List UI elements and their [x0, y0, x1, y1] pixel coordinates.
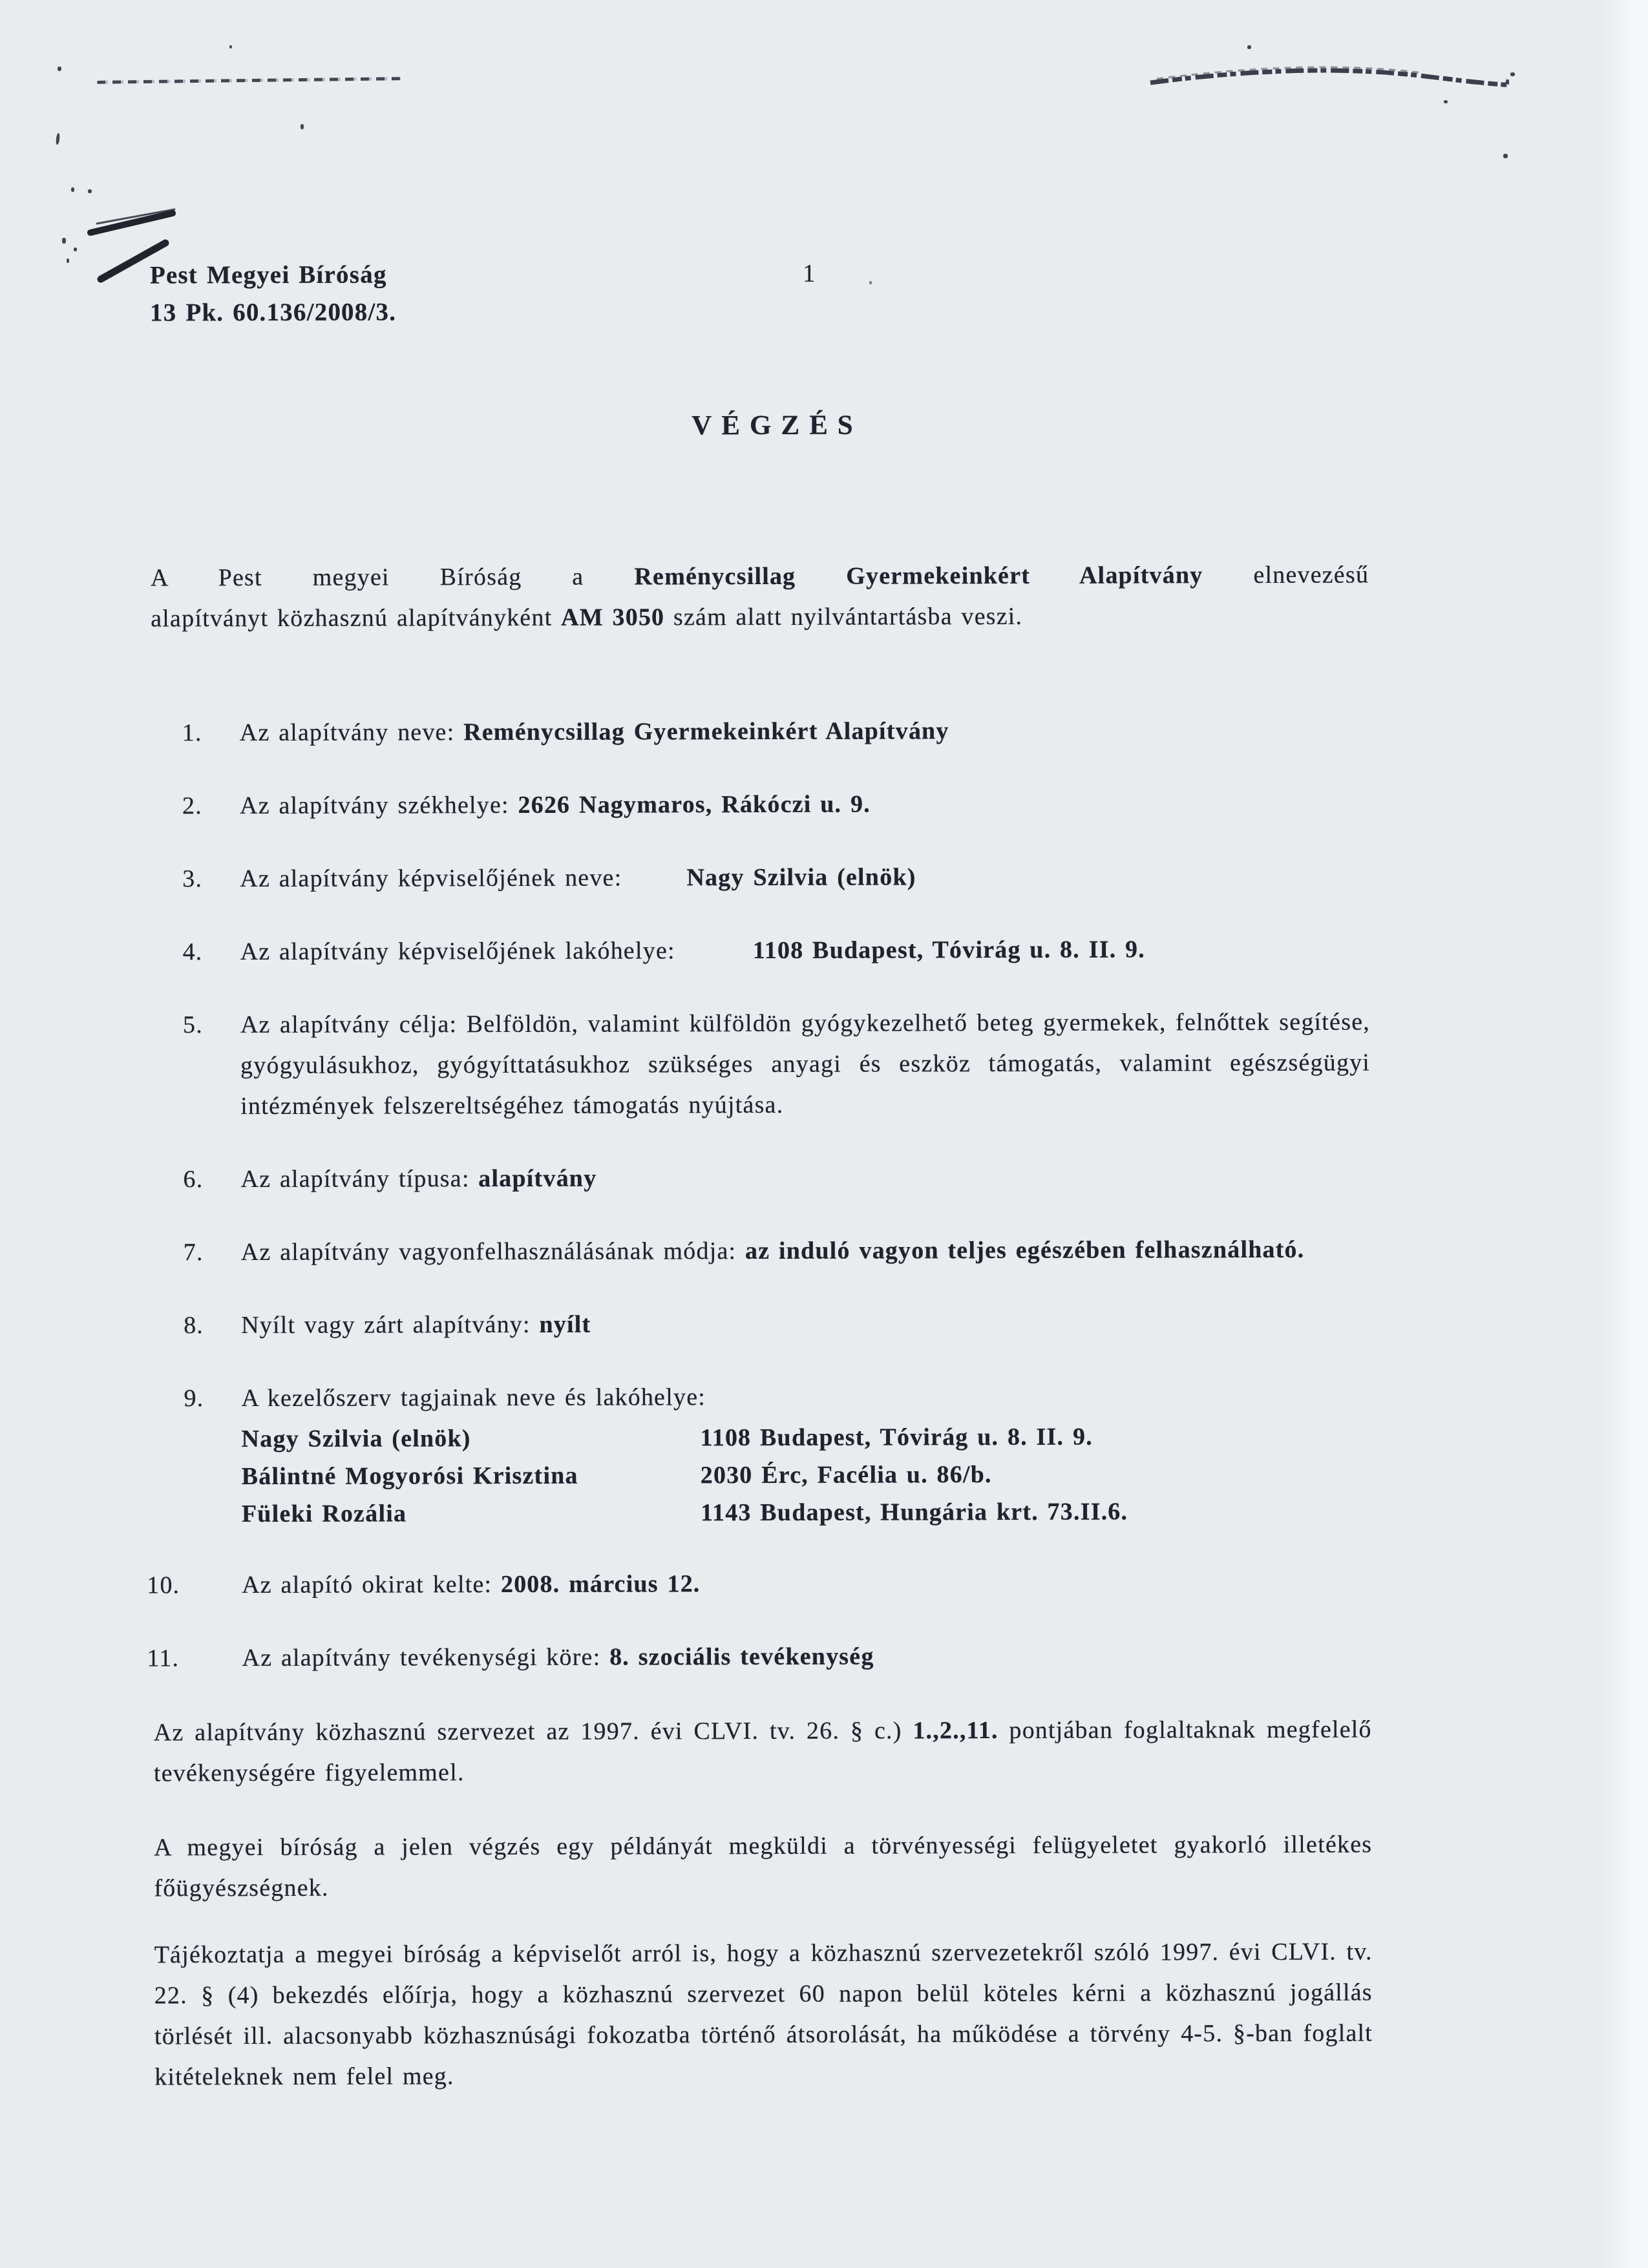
decision-title: VÉGZÉS: [185, 401, 1368, 451]
list-item-10: 10.Az alapító okirat kelte: 2008. márciu…: [153, 1562, 1371, 1606]
item-value: Reménycsillag Gyermekeinkért Alapítvány: [463, 717, 949, 746]
intro-line-1: A Pest megyei Bíróság a Reménycsillag Gy…: [151, 555, 1369, 599]
list-item-5: 5.Az alapítvány célja: Belföldön, valami…: [152, 1002, 1370, 1128]
scan-artifact-speck: [56, 133, 60, 145]
scan-artifact-speck: [88, 189, 92, 193]
item-number: 1.: [182, 713, 202, 753]
member-row: Nagy Szilvia (elnök)1108 Budapest, Tóvir…: [242, 1418, 1371, 1458]
member-address: 2030 Érc, Facélia u. 86/b.: [701, 1456, 992, 1494]
closing-paragraph-2: A megyei bíróság a jelen végzés egy péld…: [154, 1825, 1372, 1909]
member-address: 1108 Budapest, Tóvirág u. 8. II. 9.: [701, 1418, 1093, 1457]
intro-text: A Pest megyei Bíróság a: [151, 563, 634, 592]
item-label: Az alapítvány képviselőjének lakóhelye:: [240, 937, 675, 965]
intro-text: alapítványt közhasznú alapítványként: [151, 604, 561, 633]
scan-artifact-speck: [71, 187, 74, 192]
item-value: 8. szociális tevékenység: [609, 1643, 874, 1671]
scan-artifact-speck: [74, 247, 77, 251]
ordered-list: 1.Az alapítvány neve: Reménycsillag Gyer…: [151, 710, 1372, 1679]
closing-paragraph-3: Tájékoztatja a megyei bíróság a képvisel…: [154, 1932, 1373, 2098]
item-label: A kezelőszerv tagjainak neve és lakóhely…: [241, 1383, 706, 1412]
item-label: Az alapítvány vagyonfelhasználásának mód…: [241, 1237, 745, 1266]
item-number: 5.: [183, 1005, 203, 1045]
scan-artifact-speck: [1510, 72, 1515, 76]
page-number: 1: [803, 255, 816, 293]
item-value: nyílt: [539, 1311, 591, 1338]
closing-paragraph-1: Az alapítvány közhasznú szervezet az 199…: [154, 1710, 1372, 1794]
foundation-name: Reménycsillag Gyermekeinkért Alapítvány: [634, 562, 1203, 590]
court-name: Pest Megyei Bíróság: [150, 254, 1368, 295]
member-row: Füleki Rozália1143 Budapest, Hungária kr…: [242, 1493, 1371, 1533]
item-label: Az alapító okirat kelte:: [242, 1571, 501, 1599]
document-header: Pest Megyei Bíróság 13 Pk. 60.136/2008/3…: [150, 254, 1368, 332]
intro-text: elnevezésű: [1203, 562, 1369, 589]
scanned-court-decision-page: Pest Megyei Bíróság 13 Pk. 60.136/2008/3…: [0, 0, 1648, 2268]
item-label: Az alapítvány tevékenységi köre:: [242, 1644, 609, 1672]
registry-number: AM 3050: [561, 604, 664, 631]
member-row: Bálintné Mogyorósi Krisztina2030 Érc, Fa…: [242, 1455, 1371, 1496]
item-label: Nyílt vagy zárt alapítvány:: [241, 1311, 539, 1339]
paper-edge: [1603, 0, 1648, 2268]
list-item-4: 4.Az alapítvány képviselőjének lakóhelye…: [152, 929, 1370, 973]
members-table: Nagy Szilvia (elnök)1108 Budapest, Tóvir…: [242, 1418, 1371, 1533]
case-number: 13 Pk. 60.136/2008/3.: [150, 291, 1368, 332]
list-item-8: 8.Nyílt vagy zárt alapítvány: nyílt: [153, 1303, 1371, 1347]
item-number: 7.: [184, 1232, 204, 1273]
law-points: 1.,2.,11.: [913, 1717, 998, 1744]
item-number: 11.: [147, 1638, 179, 1679]
item-value: 2626 Nagymaros, Rákóczi u. 9.: [518, 791, 870, 819]
item-number: 6.: [183, 1159, 203, 1200]
item-value: 1108 Budapest, Tóvirág u. 8. II. 9.: [753, 936, 1145, 964]
item-label: Az alapítvány célja: Belföldön, valamint…: [240, 1009, 1370, 1120]
scan-artifact-speck: [1503, 154, 1508, 158]
item-number: 2.: [182, 786, 202, 826]
intro-paragraph: A Pest megyei Bíróság a Reménycsillag Gy…: [151, 555, 1369, 640]
list-item-6: 6.Az alapítvány típusa: alapítvány: [152, 1157, 1370, 1201]
item-number: 9.: [184, 1378, 204, 1419]
scan-artifact-speck: [58, 67, 61, 71]
member-name: Nagy Szilvia (elnök): [242, 1419, 701, 1458]
item-value: az induló vagyon teljes egészében felhas…: [745, 1236, 1305, 1265]
member-name: Füleki Rozália: [242, 1494, 701, 1533]
scan-artifact-speck: [67, 258, 69, 263]
closing-text: Az alapítvány közhasznú szervezet az 199…: [154, 1717, 913, 1746]
intro-line-2: alapítványt közhasznú alapítványként AM …: [151, 596, 1369, 640]
member-name: Bálintné Mogyorósi Krisztina: [242, 1456, 701, 1495]
item-number: 8.: [184, 1305, 204, 1346]
scan-artifact-speck: [1444, 100, 1448, 103]
list-item-2: 2.Az alapítvány székhelye: 2626 Nagymaro…: [151, 783, 1369, 827]
item-value: alapítvány: [478, 1165, 597, 1192]
item-label: Az alapítvány székhelye:: [240, 792, 518, 819]
item-value: Nagy Szilvia (elnök): [686, 863, 916, 891]
list-item-3: 3.Az alapítvány képviselőjének neve:Nagy…: [151, 856, 1369, 900]
item-value: 2008. március 12.: [501, 1570, 701, 1598]
list-item-7: 7.Az alapítvány vagyonfelhasználásának m…: [153, 1230, 1371, 1274]
item-label: Az alapítvány típusa:: [240, 1165, 478, 1193]
item-number: 3.: [182, 859, 202, 899]
list-item-1: 1.Az alapítvány neve: Reménycsillag Gyer…: [151, 710, 1369, 754]
item-label: Az alapítvány neve:: [240, 719, 463, 746]
item-label: Az alapítvány képviselőjének neve:: [240, 865, 622, 893]
list-item-11: 11.Az alapítvány tevékenységi köre: 8. s…: [153, 1635, 1371, 1679]
member-address: 1143 Budapest, Hungária krt. 73.II.6.: [701, 1493, 1128, 1532]
item-number: 4.: [183, 932, 203, 972]
intro-text: szám alatt nyilvántartásba veszi.: [664, 603, 1022, 631]
item-number: 10.: [147, 1565, 180, 1606]
scan-artifact-speck: [62, 238, 66, 244]
list-item-9: 9.A kezelőszerv tagjainak neve és lakóhe…: [153, 1376, 1371, 1533]
document-body: Pest Megyei Bíróság 13 Pk. 60.136/2008/3…: [149, 0, 1373, 2097]
